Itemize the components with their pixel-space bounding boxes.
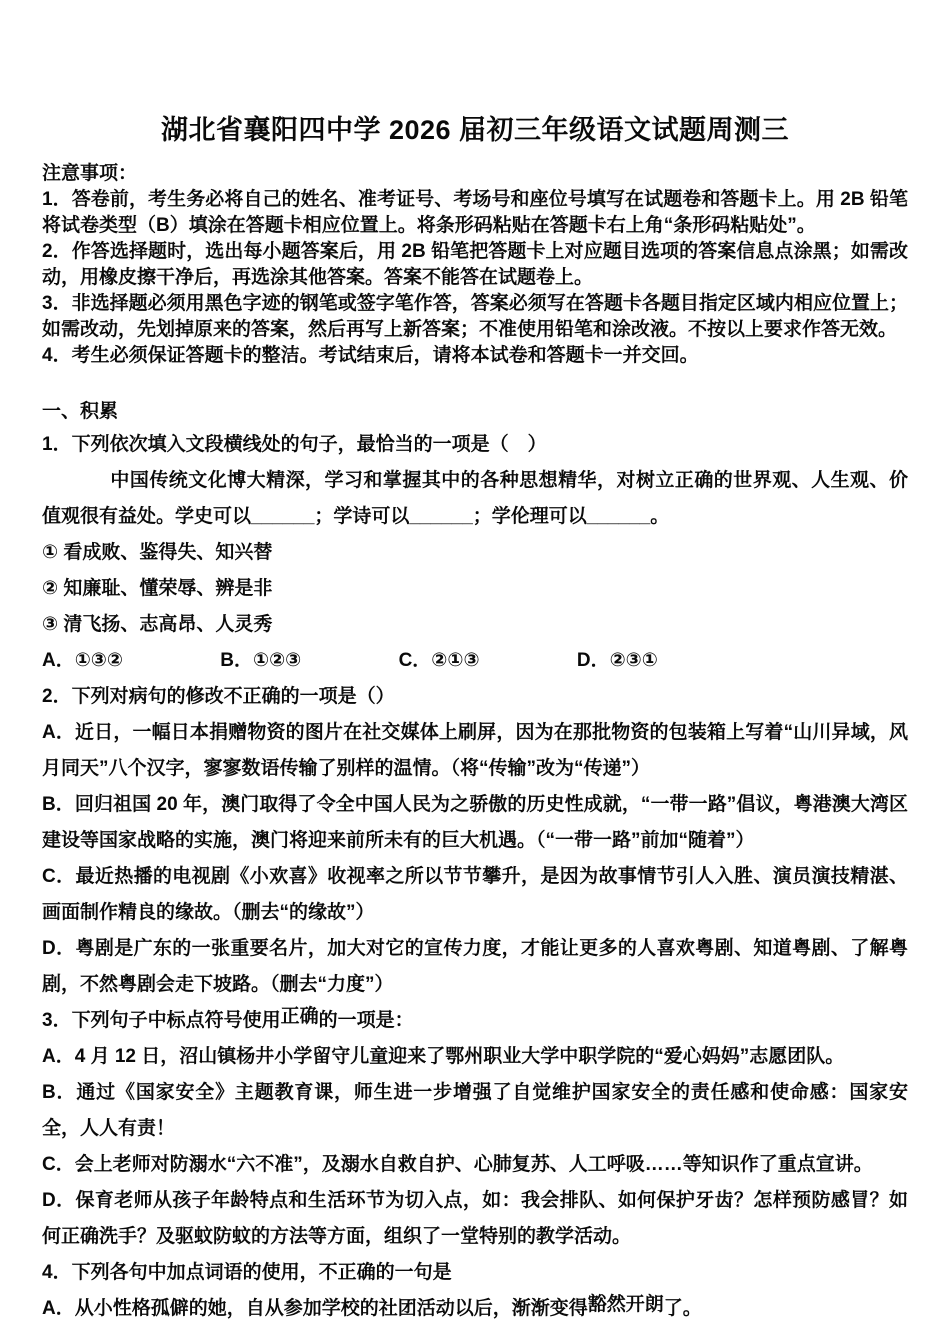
q2-stem: 2．下列对病句的修改不正确的一项是（） (42, 679, 908, 715)
q3-option-a: A．4 月 12 日，沼山镇杨井小学留守儿童迎来了鄂州职业大学中职学院的“爱心妈… (42, 1039, 908, 1075)
page-title: 湖北省襄阳四中学 2026 届初三年级语文试题周测三 (42, 108, 908, 147)
q1-option-a: A．①③② (42, 643, 215, 679)
q1-item-2: ② 知廉耻、懂荣辱、辨是非 (42, 571, 908, 607)
q1-option-c: C．②①③ (399, 643, 572, 679)
section-heading: 一、积累 (42, 397, 908, 427)
q3-option-b: B．通过《国家安全》主题教育课，师生进一步增强了自觉维护国家安全的责任感和使命感… (42, 1075, 908, 1147)
notice-item-1: 1．答卷前，考生务必将自己的姓名、准考证号、考场号和座位号填写在试题卷和答题卡上… (42, 187, 908, 239)
notice-item-2: 2．作答选择题时，选出每小题答案后，用 2B 铅笔把答题卡上对应题目选项的答案信… (42, 239, 908, 291)
q4-option-a-prefix: A．从小性格孤僻的她，自从参加学校的社团活动以后，渐渐变得 (42, 1298, 588, 1319)
q4-option-a-suffix: 了。 (664, 1298, 702, 1319)
section-accumulation: 一、积累 1．下列依次填入文段横线处的句子，最恰当的一项是（ ） 中国传统文化博… (42, 397, 908, 1327)
notice-heading: 注意事项： (42, 161, 908, 187)
q1-item-1: ① 看成败、鉴得失、知兴替 (42, 535, 908, 571)
q1-option-row: A．①③② B．①②③ C．②①③ D．②③① (42, 643, 908, 679)
q2-option-a: A．近日，一幅日本捐赠物资的图片在社交媒体上刷屏，因为在那批物资的包装箱上写着“… (42, 715, 908, 787)
notice-section: 注意事项： 1．答卷前，考生务必将自己的姓名、准考证号、考场号和座位号填写在试题… (42, 161, 908, 369)
q3-stem-prefix: 3．下列句子中标点符号使用 (42, 1010, 281, 1031)
q4-option-a-emphasis: 豁然开朗 (588, 1294, 664, 1315)
q2-option-c: C．最近热播的电视剧《小欢喜》收视率之所以节节攀升，是因为故事情节引人入胜、演员… (42, 859, 908, 931)
q1-stem: 1．下列依次填入文段横线处的句子，最恰当的一项是（ ） (42, 427, 908, 463)
q4-stem: 4．下列各句中加点词语的使用，不正确的一句是 (42, 1255, 908, 1291)
notice-item-4: 4．考生必须保证答题卡的整洁。考试结束后，请将本试卷和答题卡一并交回。 (42, 343, 908, 369)
q3-stem: 3．下列句子中标点符号使用正确的一项是： (42, 1003, 908, 1039)
q1-option-d: D．②③① (577, 643, 750, 679)
exam-page: 湖北省襄阳四中学 2026 届初三年级语文试题周测三 注意事项： 1．答卷前，考… (0, 0, 950, 1344)
q1-option-b: B．①②③ (220, 643, 393, 679)
q2-option-d: D．粤剧是广东的一张重要名片，加大对它的宣传力度，才能让更多的人喜欢粤剧、知道粤… (42, 931, 908, 1003)
q1-item-3: ③ 清飞扬、志高昂、人灵秀 (42, 607, 908, 643)
q3-stem-suffix: 的一项是： (319, 1010, 414, 1031)
q3-option-d: D．保育老师从孩子年龄特点和生活环节为切入点，如：我会排队、如何保护牙齿？怎样预… (42, 1183, 908, 1255)
q2-option-b: B．回归祖国 20 年，澳门取得了令全中国人民为之骄傲的历史性成就，“一带一路”… (42, 787, 908, 859)
q3-stem-emphasis: 正确 (281, 1006, 319, 1027)
q3-option-c: C．会上老师对防溺水“六不准”，及溺水自救自护、心肺复苏、人工呼吸……等知识作了… (42, 1147, 908, 1183)
notice-item-3: 3．非选择题必须用黑色字迹的钢笔或签字笔作答，答案必须写在答题卡各题目指定区域内… (42, 291, 908, 343)
q1-passage: 中国传统文化博大精深，学习和掌握其中的各种思想精华，对树立正确的世界观、人生观、… (42, 463, 908, 535)
q4-option-a: A．从小性格孤僻的她，自从参加学校的社团活动以后，渐渐变得豁然开朗了。 (42, 1291, 908, 1327)
